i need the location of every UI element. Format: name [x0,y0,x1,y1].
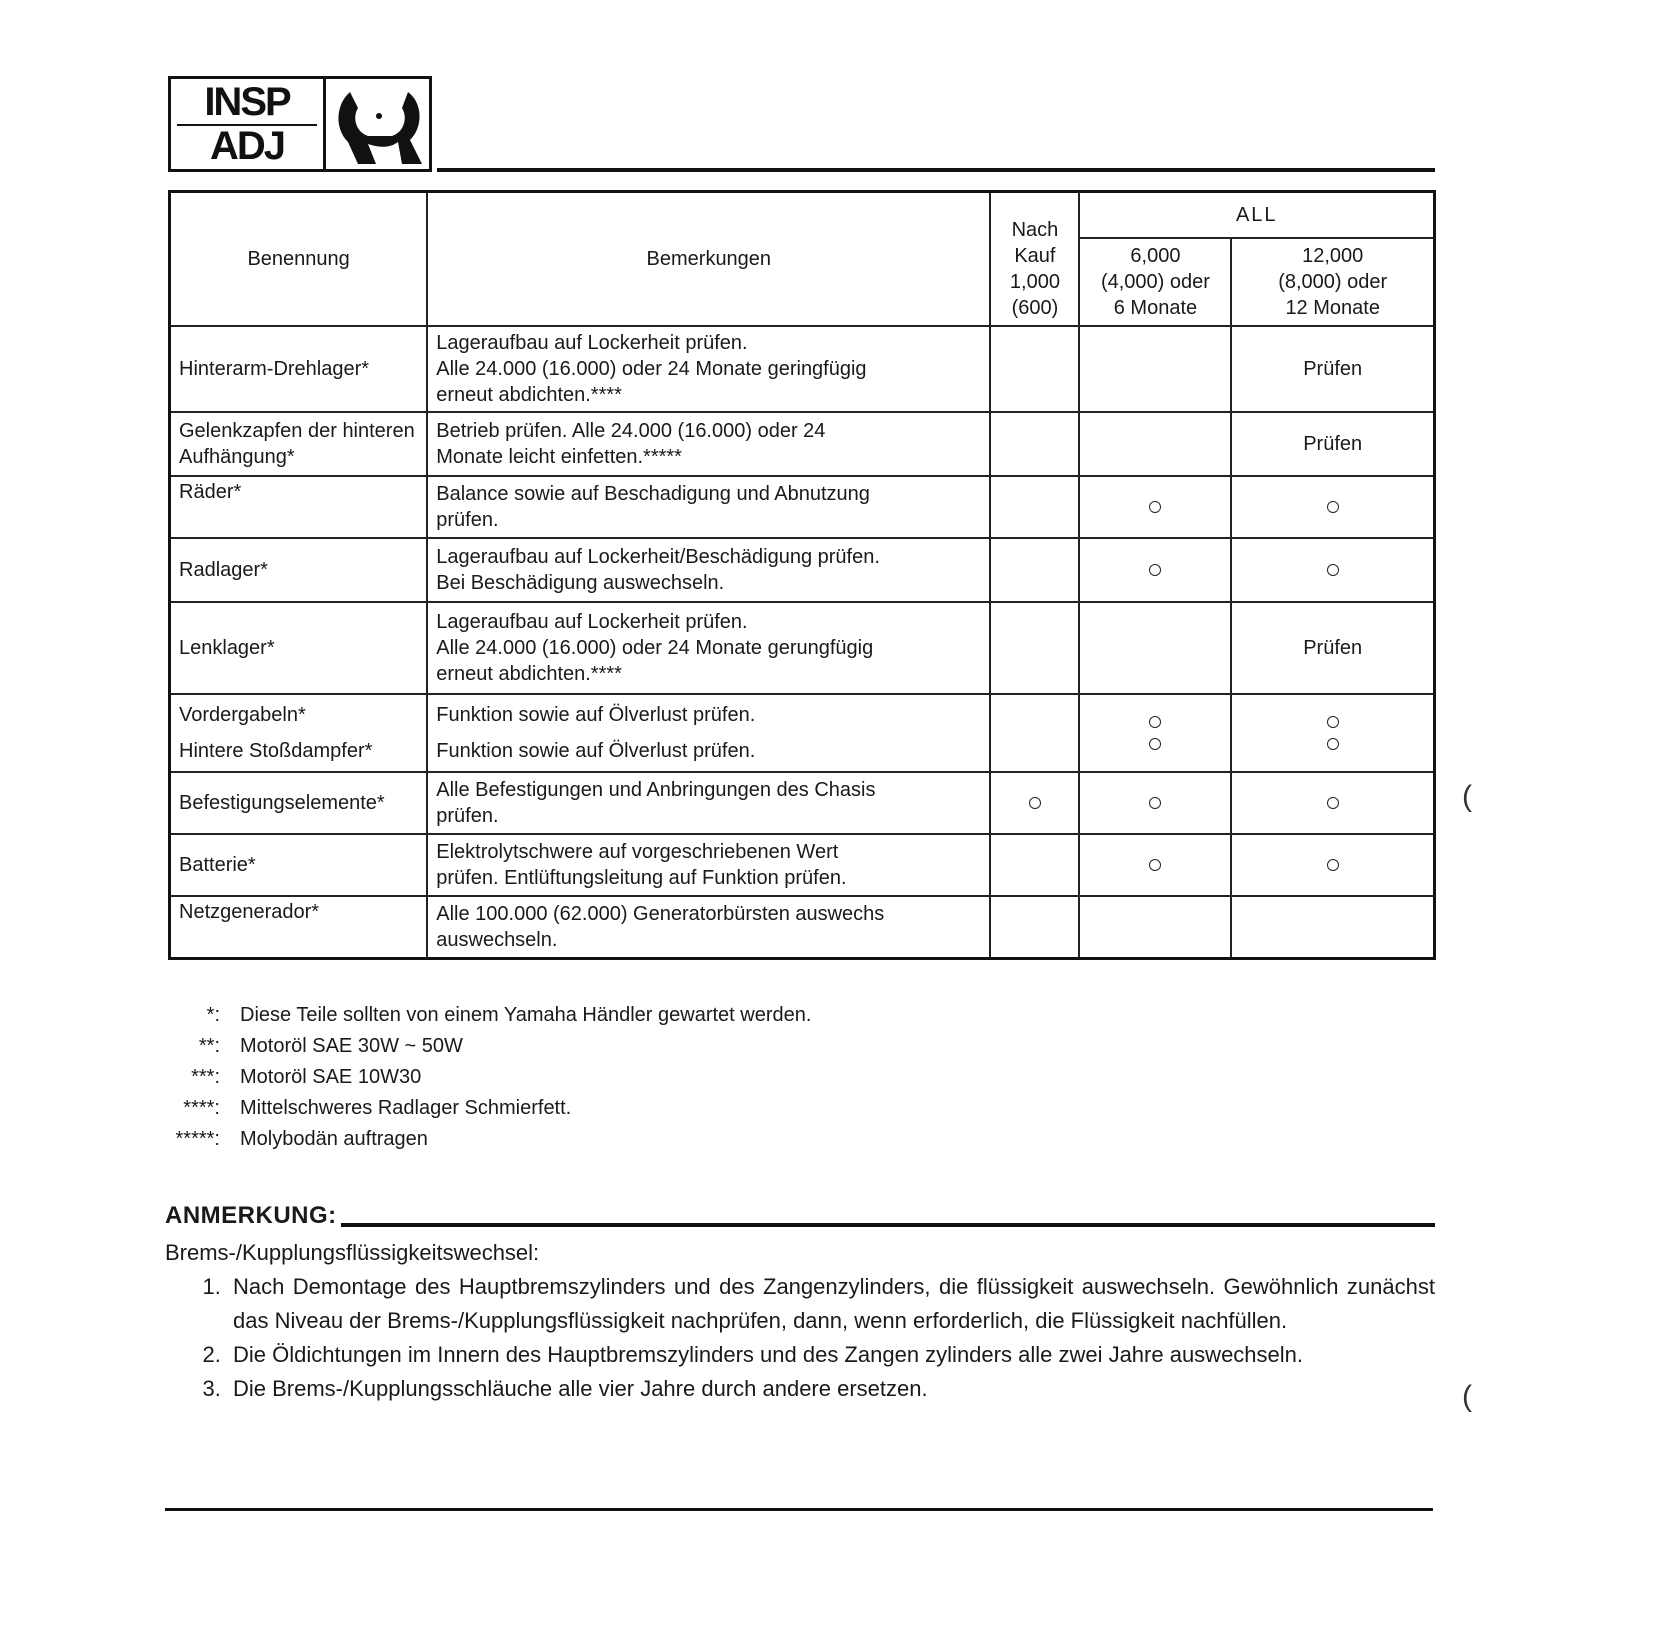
header-nach-kauf-line: Nach [995,217,1074,243]
footnote-text: Molybodän auftragen [240,1124,428,1155]
item-remarks: Lageraufbau auf Lockerheit/Beschädigung … [427,538,990,602]
note-subtitle: Brems-/Kupplungsflüssigkeitswechsel: [165,1236,1435,1270]
check-circle-icon [1327,716,1339,728]
footnote-text: Motoröl SAE 30W ~ 50W [240,1031,463,1062]
note-rule [341,1223,1435,1227]
cell-interval-b [1231,834,1434,896]
wrench-nut-icon [326,79,429,169]
margin-mark: ( [1462,1380,1472,1414]
footnote-mark: ***: [168,1062,240,1093]
cell-interval-a [1079,412,1231,476]
table-row: Radlager*Lageraufbau auf Lockerheit/Besc… [170,538,1435,602]
item-remarks-line: Alle 24.000 (16.000) oder 24 Monate geri… [436,356,981,382]
item-remarks-line: erneut abdichten.**** [436,382,981,408]
header-nach-kauf-line: Kauf [995,243,1074,269]
item-name-line: Vordergabeln* [179,697,418,733]
header-interval-a-line: 6,000 [1084,243,1226,269]
cell-interval-a [1079,896,1231,958]
item-name: Radlager* [170,538,428,602]
mark-stack [1240,716,1425,750]
header-rule [437,168,1435,172]
item-remarks-line: auswechseln. [436,927,981,953]
item-name-line: Hintere Stoßdampfer* [179,733,418,769]
item-name: Batterie* [170,834,428,896]
header-interval-b: 12,000 (8,000) oder 12 Monate [1231,238,1434,326]
cell-interval-a [1079,538,1231,602]
item-name: Netzgenerador* [170,896,428,958]
cell-interval-b: Prüfen [1231,326,1434,412]
item-remarks-line: Elektrolytschwere auf vorgeschriebenen W… [436,839,981,865]
item-remarks-line: prüfen. Entlüftungsleitung auf Funktion … [436,865,981,891]
cell-interval-a [1079,326,1231,412]
footnotes: *:Diese Teile sollten von einem Yamaha H… [168,1000,811,1155]
footnote-text: Mittelschweres Radlager Schmierfett. [240,1093,571,1124]
note-list: Nach Demontage des Hauptbremszylinders u… [165,1270,1435,1406]
footnote-mark: **: [168,1031,240,1062]
check-circle-icon [1149,716,1161,728]
header-interval-b-line: 12,000 [1236,243,1429,269]
cell-nach-kauf [990,326,1079,412]
cell-interval-b [1231,772,1434,834]
item-remarks-line: prüfen. [436,507,981,533]
cell-interval-b [1231,896,1434,958]
table-row: Batterie*Elektrolytschwere auf vorgeschr… [170,834,1435,896]
item-name: Hinterarm-Drehlager* [170,326,428,412]
note-item: Nach Demontage des Hauptbremszylinders u… [227,1270,1435,1338]
check-circle-icon [1149,738,1161,750]
note-section: ANMERKUNG: Brems-/Kupplungsflüssigkeitsw… [165,1202,1435,1406]
check-circle-icon [1029,797,1041,809]
item-name: Befestigungselemente* [170,772,428,834]
logo-line2: ADJ [177,126,317,166]
check-circle-icon [1149,797,1161,809]
cell-nach-kauf [990,834,1079,896]
item-remarks-line: Alle Befestigungen und Anbringungen des … [436,777,981,803]
item-remarks: Alle Befestigungen und Anbringungen des … [427,772,990,834]
item-remarks-line: prüfen. [436,803,981,829]
cell-interval-b: Prüfen [1231,412,1434,476]
item-remarks-line: erneut abdichten.**** [436,661,981,687]
check-circle-icon [1149,859,1161,871]
logo-text: INSP ADJ [171,79,326,169]
item-remarks: Alle 100.000 (62.000) Generatorbürsten a… [427,896,990,958]
note-title: ANMERKUNG: [165,1202,337,1230]
table-header-row: Benennung Bemerkungen Nach Kauf 1,000 (6… [170,192,1435,239]
cell-interval-a [1079,834,1231,896]
footnote: ***:Motoröl SAE 10W30 [168,1062,811,1093]
header-interval-a-line: (4,000) oder [1084,269,1226,295]
header-interval-b-line: (8,000) oder [1236,269,1429,295]
note-item: Die Öldichtungen im Innern des Hauptbrem… [227,1338,1435,1372]
cell-interval-a [1079,602,1231,694]
item-remarks: Balance sowie auf Beschadigung und Abnut… [427,476,990,538]
footnote: ****:Mittelschweres Radlager Schmierfett… [168,1093,811,1124]
cell-nach-kauf [990,772,1079,834]
check-circle-icon [1327,564,1339,576]
table-row: Lenklager*Lageraufbau auf Lockerheit prü… [170,602,1435,694]
header-interval-a-line: 6 Monate [1084,295,1226,321]
check-circle-icon [1149,564,1161,576]
header-group-all: ALL [1079,192,1434,239]
item-remarks-line: Funktion sowie auf Ölverlust prüfen. [436,733,981,769]
header-nach-kauf-line: 1,000 [995,269,1074,295]
cell-interval-b [1231,476,1434,538]
footnote: *****:Molybodän auftragen [168,1124,811,1155]
note-header: ANMERKUNG: [165,1202,1435,1230]
item-name: Gelenkzapfen der hinteren Aufhängung* [170,412,428,476]
item-remarks-line: Bei Beschädigung auswechseln. [436,570,981,596]
table-row: Gelenkzapfen der hinteren Aufhängung*Bet… [170,412,1435,476]
item-remarks-line: Lageraufbau auf Lockerheit/Beschädigung … [436,544,981,570]
cell-interval-b [1231,694,1434,772]
table-row: Hinterarm-Drehlager*Lageraufbau auf Lock… [170,326,1435,412]
check-circle-icon [1149,501,1161,513]
header-interval-a: 6,000 (4,000) oder 6 Monate [1079,238,1231,326]
item-remarks-line: Alle 24.000 (16.000) oder 24 Monate geru… [436,635,981,661]
table-row: Netzgenerador*Alle 100.000 (62.000) Gene… [170,896,1435,958]
item-name: Räder* [170,476,428,538]
cell-interval-a [1079,772,1231,834]
item-name: Vordergabeln*Hintere Stoßdampfer* [170,694,428,772]
table-row: Räder*Balance sowie auf Beschadigung und… [170,476,1435,538]
cell-nach-kauf [990,896,1079,958]
item-remarks-line: Lageraufbau auf Lockerheit prüfen. [436,609,981,635]
cell-interval-b: Prüfen [1231,602,1434,694]
check-circle-icon [1327,797,1339,809]
cell-nach-kauf [990,694,1079,772]
header-interval-b-line: 12 Monate [1236,295,1429,321]
cell-interval-a [1079,476,1231,538]
check-circle-icon [1327,501,1339,513]
mark-stack [1088,716,1222,750]
header-nach-kauf: Nach Kauf 1,000 (600) [990,192,1079,327]
footnote-text: Diese Teile sollten von einem Yamaha Hän… [240,1000,811,1031]
item-remarks: Lageraufbau auf Lockerheit prüfen.Alle 2… [427,326,990,412]
item-name: Lenklager* [170,602,428,694]
item-remarks-line: Alle 100.000 (62.000) Generatorbürsten a… [436,901,981,927]
bottom-rule [165,1508,1433,1511]
check-circle-icon [1327,738,1339,750]
check-circle-icon [1327,859,1339,871]
insp-adj-logo: INSP ADJ [168,76,432,172]
item-remarks-line: Balance sowie auf Beschadigung und Abnut… [436,481,981,507]
cell-nach-kauf [990,602,1079,694]
table-row: Befestigungselemente*Alle Befestigungen … [170,772,1435,834]
footnote-text: Motoröl SAE 10W30 [240,1062,421,1093]
cell-interval-a [1079,694,1231,772]
footnote: **:Motoröl SAE 30W ~ 50W [168,1031,811,1062]
logo-line1: INSP [177,82,317,126]
item-remarks: Elektrolytschwere auf vorgeschriebenen W… [427,834,990,896]
maintenance-schedule-table: Benennung Bemerkungen Nach Kauf 1,000 (6… [168,190,1436,960]
item-remarks: Betrieb prüfen. Alle 24.000 (16.000) ode… [427,412,990,476]
item-remarks-line: Funktion sowie auf Ölverlust prüfen. [436,697,981,733]
footnote-mark: *: [168,1000,240,1031]
item-remarks: Funktion sowie auf Ölverlust prüfen.Funk… [427,694,990,772]
item-remarks-line: Betrieb prüfen. Alle 24.000 (16.000) ode… [436,418,981,444]
item-remarks-line: Lageraufbau auf Lockerheit prüfen. [436,330,981,356]
margin-mark: ( [1462,780,1472,814]
footnote-mark: ****: [168,1093,240,1124]
cell-nach-kauf [990,412,1079,476]
item-remarks: Lageraufbau auf Lockerheit prüfen.Alle 2… [427,602,990,694]
header-nach-kauf-line: (600) [995,295,1074,321]
cell-nach-kauf [990,538,1079,602]
header-remarks: Bemerkungen [427,192,990,327]
cell-interval-b [1231,538,1434,602]
table-row: Vordergabeln*Hintere Stoßdampfer*Funktio… [170,694,1435,772]
cell-nach-kauf [990,476,1079,538]
item-remarks-line: Monate leicht einfetten.***** [436,444,981,470]
footnote: *:Diese Teile sollten von einem Yamaha H… [168,1000,811,1031]
footnote-mark: *****: [168,1124,240,1155]
note-item: Die Brems-/Kupplungsschläuche alle vier … [227,1372,1435,1406]
header-name: Benennung [170,192,428,327]
